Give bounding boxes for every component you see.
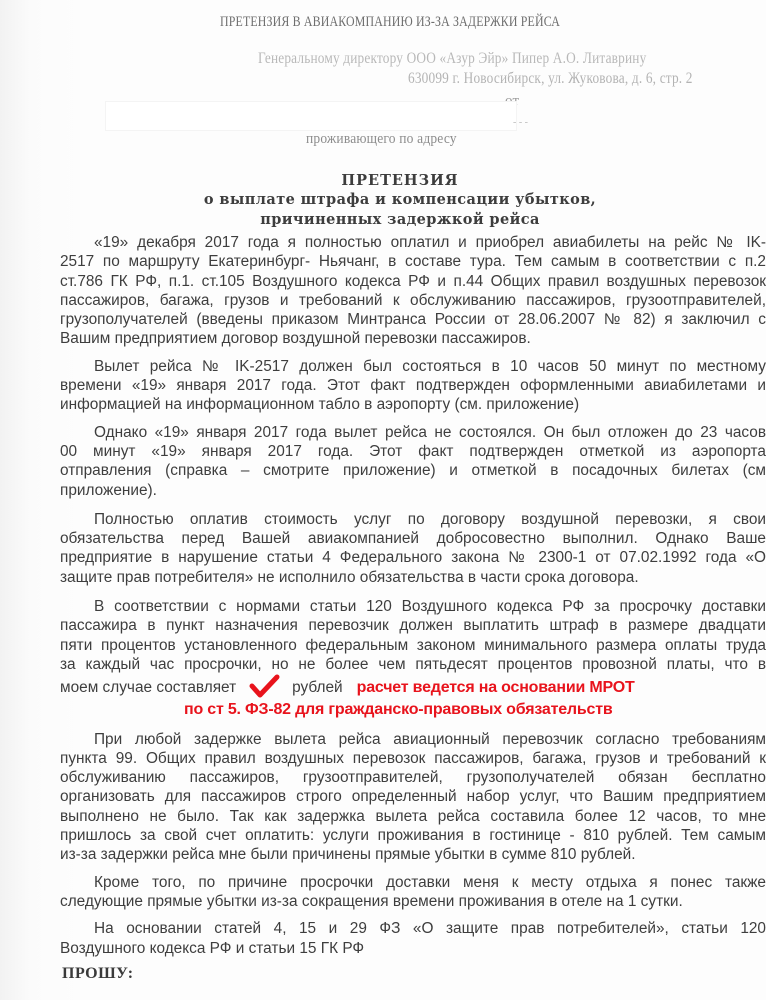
addressee-line-2: 630099 г. Новосибирск, ул. Жуковова, д. … xyxy=(408,70,693,88)
amount-sentence-start: моем случае составляет xyxy=(60,679,236,696)
paragraph-line: На основании статей 4, 15 и 29 ФЗ «О защ… xyxy=(60,919,766,938)
paragraph: На основании статей 4, 15 и 29 ФЗ «О защ… xyxy=(60,919,766,958)
claim-title: ПРЕТЕНЗИЯ о выплате штрафа и компенсации… xyxy=(150,172,650,230)
paragraph: Вылет рейса № IK-2517 должен был состоят… xyxy=(60,357,766,415)
paragraph-line: информацией на информационном табло в аэ… xyxy=(60,395,766,414)
paragraph-line: Полностью оплатив стоимость услуг по дог… xyxy=(60,510,766,529)
paragraph: В соответствии с нормами статьи 120 Возд… xyxy=(60,597,766,719)
paragraph-line: 2517 по маршруту Екатеринбург- Ньячанг, … xyxy=(60,252,766,271)
paragraph-line: следующие прямые убытки из-за сокращения… xyxy=(60,892,766,911)
paragraph-line: отправления (справка – смотрите приложен… xyxy=(60,461,766,480)
addressee-line-1: Генеральному директору ООО «Азур Эйр» Пи… xyxy=(258,50,646,68)
claim-title-main: ПРЕТЕНЗИЯ xyxy=(150,172,650,190)
paragraph-line: ст.786 ГК РФ, п.1. ст.105 Воздушного код… xyxy=(60,272,766,291)
claim-body: «19» декабря 2017 года я полностью оплат… xyxy=(60,233,766,966)
paragraph-line: грузополучателей (введены приказом Минтр… xyxy=(60,310,766,329)
paragraph-line: При любой задержке вылета рейса авиацион… xyxy=(60,730,766,749)
annotation-note-line-1: расчет ведется на основании МРОТ xyxy=(357,679,635,696)
paragraph-line: защите прав потребителя» не исполнило об… xyxy=(60,568,766,587)
paragraph-line: пришлось за свой счет оплатить: услуги п… xyxy=(60,826,766,845)
document-top-heading: ПРЕТЕНЗИЯ В АВИАКОМПАНИЮ ИЗ-ЗА ЗАДЕРЖКИ … xyxy=(220,14,560,31)
paragraph-line: пассажира в пункт назначения перевозчик … xyxy=(60,616,766,635)
paragraph-line: пяти процентов установленного федеральны… xyxy=(60,636,766,655)
paragraph: «19» декабря 2017 года я полностью оплат… xyxy=(60,233,766,349)
paragraph-line: предприятие в нарушение статьи 4 Федерал… xyxy=(60,548,766,567)
paragraph-line: приложение). xyxy=(60,481,766,500)
paragraph: Однако «19» января 2017 года вылет рейса… xyxy=(60,423,766,500)
claim-title-subtitle-2: причиненных задержкой рейса xyxy=(150,210,650,230)
document-page: ПРЕТЕНЗИЯ В АВИАКОМПАНИЮ ИЗ-ЗА ЗАДЕРЖКИ … xyxy=(0,0,766,1000)
paragraph-line-with-annotation: моем случае составляетрублейрасчет ведет… xyxy=(60,674,766,698)
paragraph: При любой задержке вылета рейса авиацион… xyxy=(60,730,766,865)
redacted-sender-name xyxy=(106,102,516,130)
paragraph-line: пассажиров, багажа, грузов и требований … xyxy=(60,291,766,310)
paragraph-line: «19» декабря 2017 года я полностью оплат… xyxy=(60,233,766,252)
paragraph-line: Кроме того, по причине просрочки доставк… xyxy=(60,873,766,892)
request-heading: ПРОШУ: xyxy=(62,965,134,983)
paragraph-line: В соответствии с нормами статьи 120 Возд… xyxy=(60,597,766,616)
residing-label: проживающего по адресу xyxy=(306,131,457,148)
checkmark-icon xyxy=(246,674,282,698)
paragraph-line: Вылет рейса № IK-2517 должен был состоят… xyxy=(60,357,766,376)
address-separator-mark: - - - xyxy=(513,117,528,128)
paragraph-line: Однако «19» января 2017 года вылет рейса… xyxy=(60,423,766,442)
paragraph-line: обязательства перед Вашей авиакомпанией … xyxy=(60,529,766,548)
paragraph: Полностью оплатив стоимость услуг по дог… xyxy=(60,510,766,587)
paragraph-line: организовать для пассажиров строго опред… xyxy=(60,787,766,806)
amount-sentence-end: рублей xyxy=(292,679,343,696)
claim-title-subtitle-1: о выплате штрафа и компенсации убытков, xyxy=(150,190,650,210)
paragraph-line: Воздушного кодекса РФ и статьи 15 ГК РФ xyxy=(60,939,766,958)
paragraph-line: 00 минут «19» января 2017 года. Этот фак… xyxy=(60,442,766,461)
paragraph-line: из-за задержки рейса мне были причинены … xyxy=(60,845,766,864)
paragraph-line: времени «19» января 2017 года. Этот факт… xyxy=(60,376,766,395)
paragraph-line: выполнено не было. Так как задержка выле… xyxy=(60,807,766,826)
paragraph-line: Вашим предприятием договор воздушной пер… xyxy=(60,329,766,348)
paragraph: Кроме того, по причине просрочки доставк… xyxy=(60,873,766,912)
paragraph-line: обслуживанию пассажиров, грузоотправител… xyxy=(60,768,766,787)
annotation-note-line-2: по ст 5. ФЗ-82 для гражданско-правовых о… xyxy=(60,700,766,719)
paragraph-line: за каждый час просрочки, но не более чем… xyxy=(60,655,766,674)
paragraph-line: пункта 99. Общих правил воздушных перево… xyxy=(60,749,766,768)
